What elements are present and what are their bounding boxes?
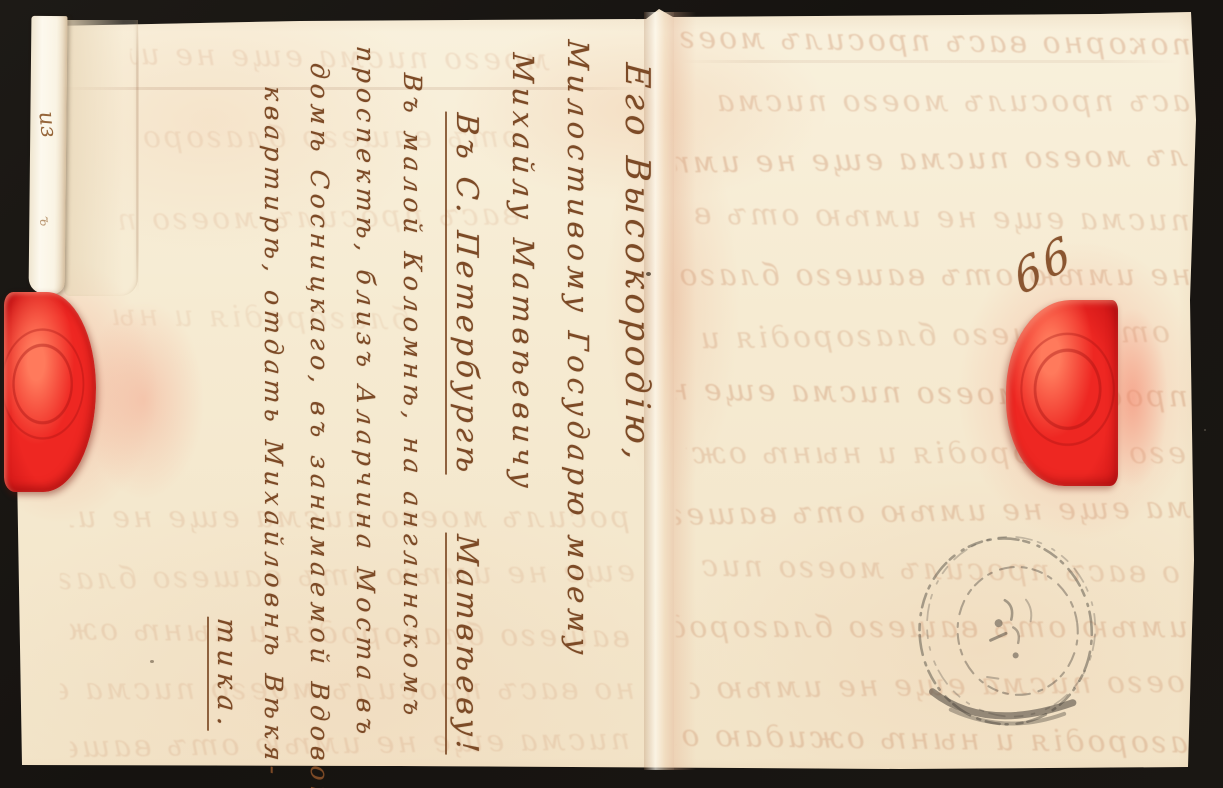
- bleedthrough-line: ма еще не имѣю отъ вашего благород: [676, 490, 1191, 532]
- bleedthrough-line: писма еще не имѣю отъ вашего благо: [690, 197, 1190, 239]
- bleedthrough-line: не имѣю отъ вашего благородія и н: [676, 258, 1191, 293]
- address-line-street5: тика.: [202, 16, 250, 775]
- paper-fold-underlap: [64, 20, 138, 296]
- bleedthrough-line: асъ просилъ моего писма еще не имѣ: [700, 84, 1190, 119]
- address-line-street1: Въ малой Коломнѣ, на англинскомъ: [388, 16, 436, 775]
- vertical-crease: [136, 22, 139, 292]
- ink-mark: из: [33, 110, 61, 139]
- address-line-name: Михайлу Матвѣевичу: [496, 16, 550, 776]
- address-block: Его Высокородію, Милостивому Государю мо…: [190, 18, 668, 774]
- address-line-honorific: Его Высокородію,: [606, 16, 668, 776]
- postmark-rings: [900, 521, 1117, 747]
- address-line-street4: квартирѣ, отдать Михайловнѣ Вѣкя-: [250, 16, 296, 775]
- postmark-stamp: [900, 521, 1117, 747]
- seal-stain: [84, 300, 204, 500]
- bleedthrough-line: покорно васъ просилъ моего писма е: [676, 20, 1191, 62]
- address-line-salutation: Милостивому Государю моему: [550, 16, 606, 776]
- ink-fleck: [150, 660, 154, 663]
- folded-paper-strip: [29, 16, 68, 294]
- fold-shadow: [674, 12, 696, 770]
- address-surname: Матвѣеву!: [445, 533, 484, 757]
- address-line-street2: проспектѣ, близъ Аларчина Моста въ: [342, 16, 388, 775]
- address-line-street3: домѣ Сосницкаго, въ занимаемой Вдовою: [296, 16, 342, 775]
- address-city: Въ С. Петербургѣ: [445, 112, 484, 478]
- address-line-city-surname: Въ С. ПетербургѣМатвѣеву!: [436, 16, 496, 776]
- photo-background: покорно васъ просилъ моего писма еасъ пр…: [0, 0, 1223, 788]
- bleedthrough-line: лъ моего писма еще не имѣю отъ ваш: [676, 138, 1188, 180]
- address-street5: тика.: [207, 617, 242, 733]
- horizontal-crease: [680, 60, 1180, 63]
- ink-fleck: [646, 272, 651, 276]
